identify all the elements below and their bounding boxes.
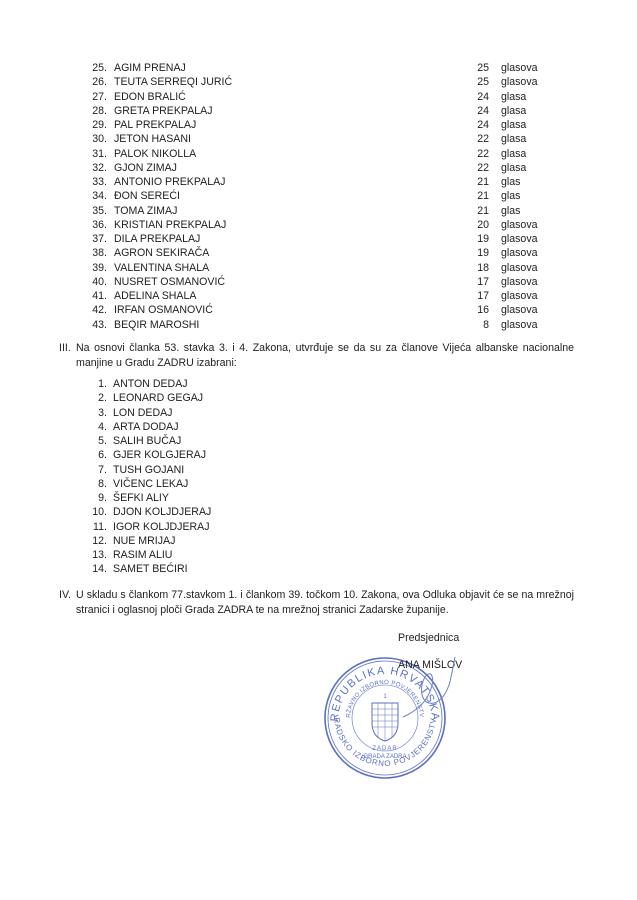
elected-member-row: 10.DJON KOLJDJERAJ — [0, 505, 637, 519]
member-rank: 6. — [80, 448, 107, 462]
member-name: NUE MRIJAJ — [113, 534, 175, 548]
section-iii-text: Na osnovi članka 53. stavka 3. i 4. Zako… — [59, 341, 574, 370]
vote-unit: glas — [501, 189, 520, 203]
section-iv-text: U skladu s člankom 77.stavkom 1. i člank… — [59, 588, 574, 617]
vote-unit: glasa — [501, 132, 526, 146]
vote-count: 19 — [465, 232, 489, 246]
member-rank: 3. — [80, 406, 107, 420]
member-rank: 8. — [80, 477, 107, 491]
candidate-name: GRETA PREKPALAJ — [114, 104, 213, 118]
member-name: LON DEDAJ — [113, 406, 172, 420]
vote-unit: glasova — [501, 61, 538, 75]
vote-unit: glasova — [501, 275, 538, 289]
member-name: GJER KOLGJERAJ — [113, 448, 206, 462]
candidate-rank: 32. — [77, 161, 107, 175]
member-rank: 4. — [80, 420, 107, 434]
member-rank: 1. — [80, 377, 107, 391]
document-page: 25.AGIM PRENAJ25glasova26.TEUTA SERREQI … — [0, 0, 637, 900]
elected-member-row: 12.NUE MRIJAJ — [0, 534, 637, 548]
candidate-name: VALENTINA SHALA — [114, 261, 209, 275]
vote-count: 21 — [465, 189, 489, 203]
vote-count: 20 — [465, 218, 489, 232]
vote-count: 19 — [465, 246, 489, 260]
candidate-name: GJON ZIMAJ — [114, 161, 177, 175]
member-rank: 7. — [80, 463, 107, 477]
vote-result-row: 34.ĐON SEREĆI21glas — [0, 189, 637, 203]
vote-result-row: 36.KRISTIAN PREKPALAJ20glasova — [0, 218, 637, 232]
candidate-rank: 31. — [77, 147, 107, 161]
vote-count: 8 — [465, 318, 489, 332]
vote-unit: glasa — [501, 90, 526, 104]
candidate-rank: 37. — [77, 232, 107, 246]
candidate-rank: 35. — [77, 204, 107, 218]
vote-unit: glasova — [501, 232, 538, 246]
vote-result-row: 25.AGIM PRENAJ25glasova — [0, 61, 637, 75]
vote-result-row: 37.DILA PREKPALAJ19glasova — [0, 232, 637, 246]
elected-member-row: 9.ŠEFKI ALIY — [0, 491, 637, 505]
member-rank: 11. — [80, 520, 107, 534]
section-iii-paragraph: III. Na osnovi članka 53. stavka 3. i 4.… — [59, 341, 574, 370]
vote-count: 17 — [465, 289, 489, 303]
vote-unit: glasova — [501, 318, 538, 332]
vote-unit: glas — [501, 204, 520, 218]
member-name: TUSH GOJANI — [113, 463, 184, 477]
vote-result-row: 35.TOMA ZIMAJ21glas — [0, 204, 637, 218]
candidate-name: NUSRET OSMANOVIĆ — [114, 275, 225, 289]
section-iv-paragraph: IV. U skladu s člankom 77.stavkom 1. i č… — [59, 588, 574, 617]
vote-count: 22 — [465, 161, 489, 175]
candidate-rank: 30. — [77, 132, 107, 146]
elected-member-row: 2.LEONARD GEGAJ — [0, 391, 637, 405]
signature-title: Predsjednica — [398, 632, 459, 644]
candidate-rank: 42. — [77, 303, 107, 317]
vote-count: 17 — [465, 275, 489, 289]
vote-unit: glasa — [501, 104, 526, 118]
member-name: SALIH BUČAJ — [113, 434, 181, 448]
candidate-rank: 39. — [77, 261, 107, 275]
candidate-rank: 28. — [77, 104, 107, 118]
elected-member-row: 7.TUSH GOJANI — [0, 463, 637, 477]
elected-member-row: 6.GJER KOLGJERAJ — [0, 448, 637, 462]
candidate-name: KRISTIAN PREKPALAJ — [114, 218, 226, 232]
member-name: ANTON DEDAJ — [113, 377, 188, 391]
vote-unit: glasova — [501, 75, 538, 89]
elected-member-row: 14.SAMET BEĆIRI — [0, 562, 637, 576]
elected-member-row: 3.LON DEDAJ — [0, 406, 637, 420]
vote-count: 24 — [465, 118, 489, 132]
vote-count: 25 — [465, 61, 489, 75]
elected-member-row: 5.SALIH BUČAJ — [0, 434, 637, 448]
vote-count: 24 — [465, 104, 489, 118]
member-rank: 12. — [80, 534, 107, 548]
vote-count: 22 — [465, 147, 489, 161]
candidate-rank: 43. — [77, 318, 107, 332]
elected-member-row: 8.VIČENC LEKAJ — [0, 477, 637, 491]
vote-result-row: 26.TEUTA SERREQI JURIĆ25glasova — [0, 75, 637, 89]
section-iv-numeral: IV. — [59, 588, 71, 603]
member-rank: 9. — [80, 491, 107, 505]
candidate-name: EDON BRALIĆ — [114, 90, 186, 104]
vote-result-row: 32.GJON ZIMAJ22glasa — [0, 161, 637, 175]
vote-result-row: 30.JETON HASANI22glasa — [0, 132, 637, 146]
vote-unit: glas — [501, 175, 520, 189]
member-rank: 13. — [80, 548, 107, 562]
handwritten-signature-icon — [395, 655, 470, 730]
vote-unit: glasova — [501, 218, 538, 232]
vote-count: 21 — [465, 175, 489, 189]
member-name: DJON KOLJDJERAJ — [113, 505, 211, 519]
candidate-rank: 38. — [77, 246, 107, 260]
candidate-rank: 40. — [77, 275, 107, 289]
elected-member-row: 1.ANTON DEDAJ — [0, 377, 637, 391]
elected-member-row: 4.ARTA DODAJ — [0, 420, 637, 434]
elected-members-list: 1.ANTON DEDAJ2.LEONARD GEGAJ3.LON DEDAJ4… — [0, 377, 637, 577]
member-rank: 14. — [80, 562, 107, 576]
candidate-name: ĐON SEREĆI — [114, 189, 180, 203]
vote-count: 21 — [465, 204, 489, 218]
vote-result-row: 33.ANTONIO PREKPALAJ21glas — [0, 175, 637, 189]
candidate-name: JETON HASANI — [114, 132, 191, 146]
candidate-name: AGRON SEKIRAČA — [114, 246, 209, 260]
elected-member-row: 13.RASIM ALIU — [0, 548, 637, 562]
vote-count: 25 — [465, 75, 489, 89]
vote-result-row: 28.GRETA PREKPALAJ24glasa — [0, 104, 637, 118]
member-name: ŠEFKI ALIY — [113, 491, 169, 505]
member-name: RASIM ALIU — [113, 548, 172, 562]
vote-result-row: 27.EDON BRALIĆ24glasa — [0, 90, 637, 104]
svg-text:GRADA ZADRA: GRADA ZADRA — [363, 754, 406, 760]
member-rank: 10. — [80, 505, 107, 519]
candidate-rank: 26. — [77, 75, 107, 89]
candidate-rank: 25. — [77, 61, 107, 75]
vote-count: 16 — [465, 303, 489, 317]
candidate-rank: 33. — [77, 175, 107, 189]
member-rank: 5. — [80, 434, 107, 448]
member-name: SAMET BEĆIRI — [113, 562, 188, 576]
elected-member-row: 11.IGOR KOLJDJERAJ — [0, 520, 637, 534]
member-name: VIČENC LEKAJ — [113, 477, 188, 491]
member-name: IGOR KOLJDJERAJ — [113, 520, 210, 534]
candidate-name: TOMA ZIMAJ — [114, 204, 177, 218]
vote-result-row: 41.ADELINA SHALA17glasova — [0, 289, 637, 303]
candidate-name: ADELINA SHALA — [114, 289, 196, 303]
vote-result-row: 40.NUSRET OSMANOVIĆ17glasova — [0, 275, 637, 289]
vote-result-row: 31.PALOK NIKOLLA22glasa — [0, 147, 637, 161]
member-name: ARTA DODAJ — [113, 420, 179, 434]
candidate-name: ANTONIO PREKPALAJ — [114, 175, 225, 189]
vote-unit: glasa — [501, 147, 526, 161]
candidate-rank: 41. — [77, 289, 107, 303]
candidate-rank: 27. — [77, 90, 107, 104]
candidate-name: DILA PREKPALAJ — [114, 232, 200, 246]
candidate-name: PALOK NIKOLLA — [114, 147, 196, 161]
candidate-rank: 36. — [77, 218, 107, 232]
candidate-name: BEQIR MAROSHI — [114, 318, 199, 332]
vote-result-row: 43.BEQIR MAROSHI8glasova — [0, 318, 637, 332]
section-iii-numeral: III. — [59, 341, 71, 356]
vote-result-row: 42.IRFAN OSMANOVIĆ16glasova — [0, 303, 637, 317]
vote-unit: glasova — [501, 289, 538, 303]
candidate-name: AGIM PRENAJ — [114, 61, 186, 75]
candidate-name: PAL PREKPALAJ — [114, 118, 196, 132]
candidate-name: TEUTA SERREQI JURIĆ — [114, 75, 232, 89]
vote-unit: glasova — [501, 246, 538, 260]
svg-text:1: 1 — [383, 694, 387, 700]
candidate-name: IRFAN OSMANOVIĆ — [114, 303, 213, 317]
vote-count: 22 — [465, 132, 489, 146]
candidate-rank: 34. — [77, 189, 107, 203]
vote-unit: glasova — [501, 261, 538, 275]
member-name: LEONARD GEGAJ — [113, 391, 203, 405]
vote-result-row: 38.AGRON SEKIRAČA19glasova — [0, 246, 637, 260]
vote-unit: glasa — [501, 118, 526, 132]
svg-text:ZADAR: ZADAR — [372, 746, 397, 752]
vote-unit: glasova — [501, 303, 538, 317]
candidate-rank: 29. — [77, 118, 107, 132]
member-rank: 2. — [80, 391, 107, 405]
vote-results-list: 25.AGIM PRENAJ25glasova26.TEUTA SERREQI … — [0, 61, 637, 332]
vote-result-row: 29.PAL PREKPALAJ24glasa — [0, 118, 637, 132]
vote-unit: glasa — [501, 161, 526, 175]
vote-count: 24 — [465, 90, 489, 104]
vote-count: 18 — [465, 261, 489, 275]
vote-result-row: 39.VALENTINA SHALA18glasova — [0, 261, 637, 275]
